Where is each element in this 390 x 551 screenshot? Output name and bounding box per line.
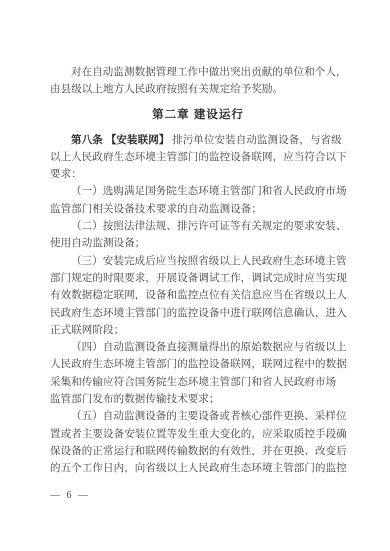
text-line: （五）自动监测设备的主要设备或者核心部件更换、采样位 — [50, 408, 346, 425]
text-line: 民政府生态环境主管部门的监控设备中进行联网信息确认，进入 — [50, 305, 346, 322]
text-line: 以上人民政府生态环境主管部门的监控设备联网，应当符合以下 — [50, 149, 346, 166]
page-number: — 6 — — [50, 490, 90, 501]
text-line: 采集和传输应符合国务院生态环境主管部门和省人民政府市场 — [50, 374, 346, 391]
text-line: （一）选购满足国务院生态环境主管部门和省人民政府市场 — [50, 183, 346, 200]
document-page: 对在自动监测数据管理工作中做出突出贡献的单位和个人， 由县级以上地方人民政府按照… — [0, 0, 390, 551]
text-line: 保设备的正常运行和联网传输数据的有效性，并在更换、改变后 — [50, 443, 346, 460]
text-line: 有效数据稳定联网，设备和监控点位有关信息应当在省级以上人 — [50, 287, 346, 304]
document-body: 对在自动监测数据管理工作中做出突出贡献的单位和个人， 由县级以上地方人民政府按照… — [50, 64, 346, 478]
text-line: 的五个工作日内，向省级以上人民政府生态环境主管部门的监控 — [50, 460, 346, 477]
text-line: （四）自动监测设备直接测量得出的原始数据应与省级以上 — [50, 339, 346, 356]
text-line: 对在自动监测数据管理工作中做出突出贡献的单位和个人， — [50, 64, 346, 81]
chapter-heading: 第二章 建设运行 — [50, 106, 346, 124]
text-line: 人民政府生态环境主管部门的监控设备联网，联网过程中的数据 — [50, 356, 346, 373]
article-line: 第八条 【安装联网】 排污单位安装自动监测设备，与省级 — [50, 132, 346, 149]
text-line: （三）安装完成后应当按照省级以上人民政府生态环境主管 — [50, 253, 346, 270]
text-line: 由县级以上地方人民政府按照有关规定给予奖励。 — [50, 81, 346, 98]
article-text: 排污单位安装自动监测设备，与省级 — [169, 135, 341, 146]
text-line: 置或者主要设备安装位置等发生重大变化的，应采取质控手段确 — [50, 426, 346, 443]
article-title: 第八条 【安装联网】 — [71, 134, 169, 146]
text-line: （二）按照法律法规、排污许可证等有关规定的要求安装、 — [50, 218, 346, 235]
text-line: 部门规定的时限要求，开展设备调试工作，调试完成时应当实现 — [50, 270, 346, 287]
text-line: 正式联网阶段； — [50, 322, 346, 339]
text-line: 监管部门相关设备技术要求的自动监测设备； — [50, 201, 346, 218]
text-line: 使用自动监测设备； — [50, 235, 346, 252]
text-line: 监管部门发布的数据传输技术要求； — [50, 391, 346, 408]
text-line: 要求： — [50, 166, 346, 183]
